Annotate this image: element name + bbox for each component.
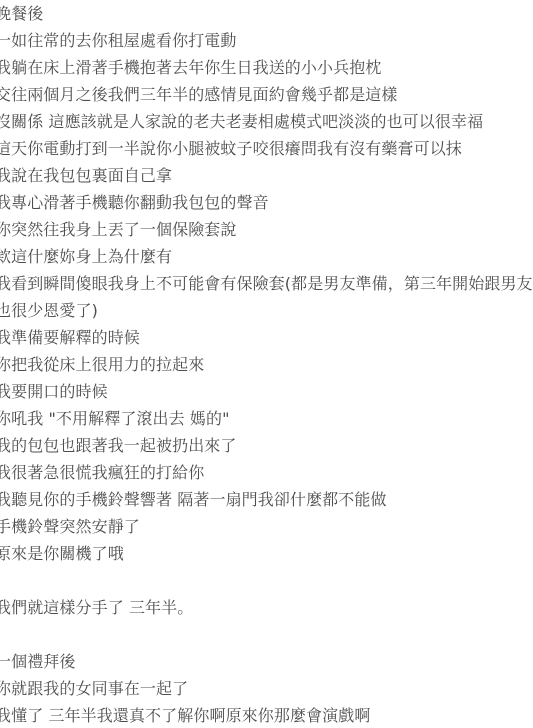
text-line: 你把我從床上很用力的拉起來: [0, 351, 533, 378]
text-line: 我懂了 三年半我還真不了解你啊原來你那麼會演戲啊: [0, 702, 533, 728]
text-line: 欸這什麼妳身上為什麼有: [0, 243, 533, 270]
text-line: 晚餐後: [0, 0, 533, 27]
text-line: 原來是你關機了哦: [0, 540, 533, 567]
text-line: 我說在我包包裏面自己拿: [0, 162, 533, 189]
text-line: 這天你電動打到一半說你小腿被蚊子咬很癢問我有沒有藥膏可以抹: [0, 135, 533, 162]
text-line: 沒關係 這應該就是人家說的老夫老妻相處模式吧淡淡的也可以很幸福: [0, 108, 533, 135]
text-line: 我準備要解釋的時候: [0, 324, 533, 351]
text-line: 也很少恩愛了): [0, 297, 533, 324]
text-line: 一個禮拜後: [0, 648, 533, 675]
text-line: 交往兩個月之後我們三年半的感情見面約會幾乎都是這樣: [0, 81, 533, 108]
text-line: 我聽見你的手機鈴聲響著 隔著一扇門我卻什麼都不能做: [0, 486, 533, 513]
text-line: 手機鈴聲突然安靜了: [0, 513, 533, 540]
text-line: 我專心滑著手機聽你翻動我包包的聲音: [0, 189, 533, 216]
text-line: 一如往常的去你租屋處看你打電動: [0, 27, 533, 54]
text-line: 我們就這樣分手了 三年半。: [0, 594, 533, 621]
blank-line: [0, 567, 533, 594]
text-line: 你突然往我身上丟了一個保險套說: [0, 216, 533, 243]
text-line: 我的包包也跟著我一起被扔出來了: [0, 432, 533, 459]
text-line: 我躺在床上滑著手機抱著去年你生日我送的小小兵抱枕: [0, 54, 533, 81]
text-line: 我看到瞬間傻眼我身上不可能會有保險套(都是男友準備，第三年開始跟男友: [0, 270, 533, 297]
text-line: 你吼我 "不用解釋了滾出去 媽的": [0, 405, 533, 432]
text-line: 你就跟我的女同事在一起了: [0, 675, 533, 702]
text-document: 晚餐後一如往常的去你租屋處看你打電動我躺在床上滑著手機抱著去年你生日我送的小小兵…: [0, 0, 533, 728]
blank-line: [0, 621, 533, 648]
text-line: 我很著急很慌我瘋狂的打給你: [0, 459, 533, 486]
text-line: 我要開口的時候: [0, 378, 533, 405]
